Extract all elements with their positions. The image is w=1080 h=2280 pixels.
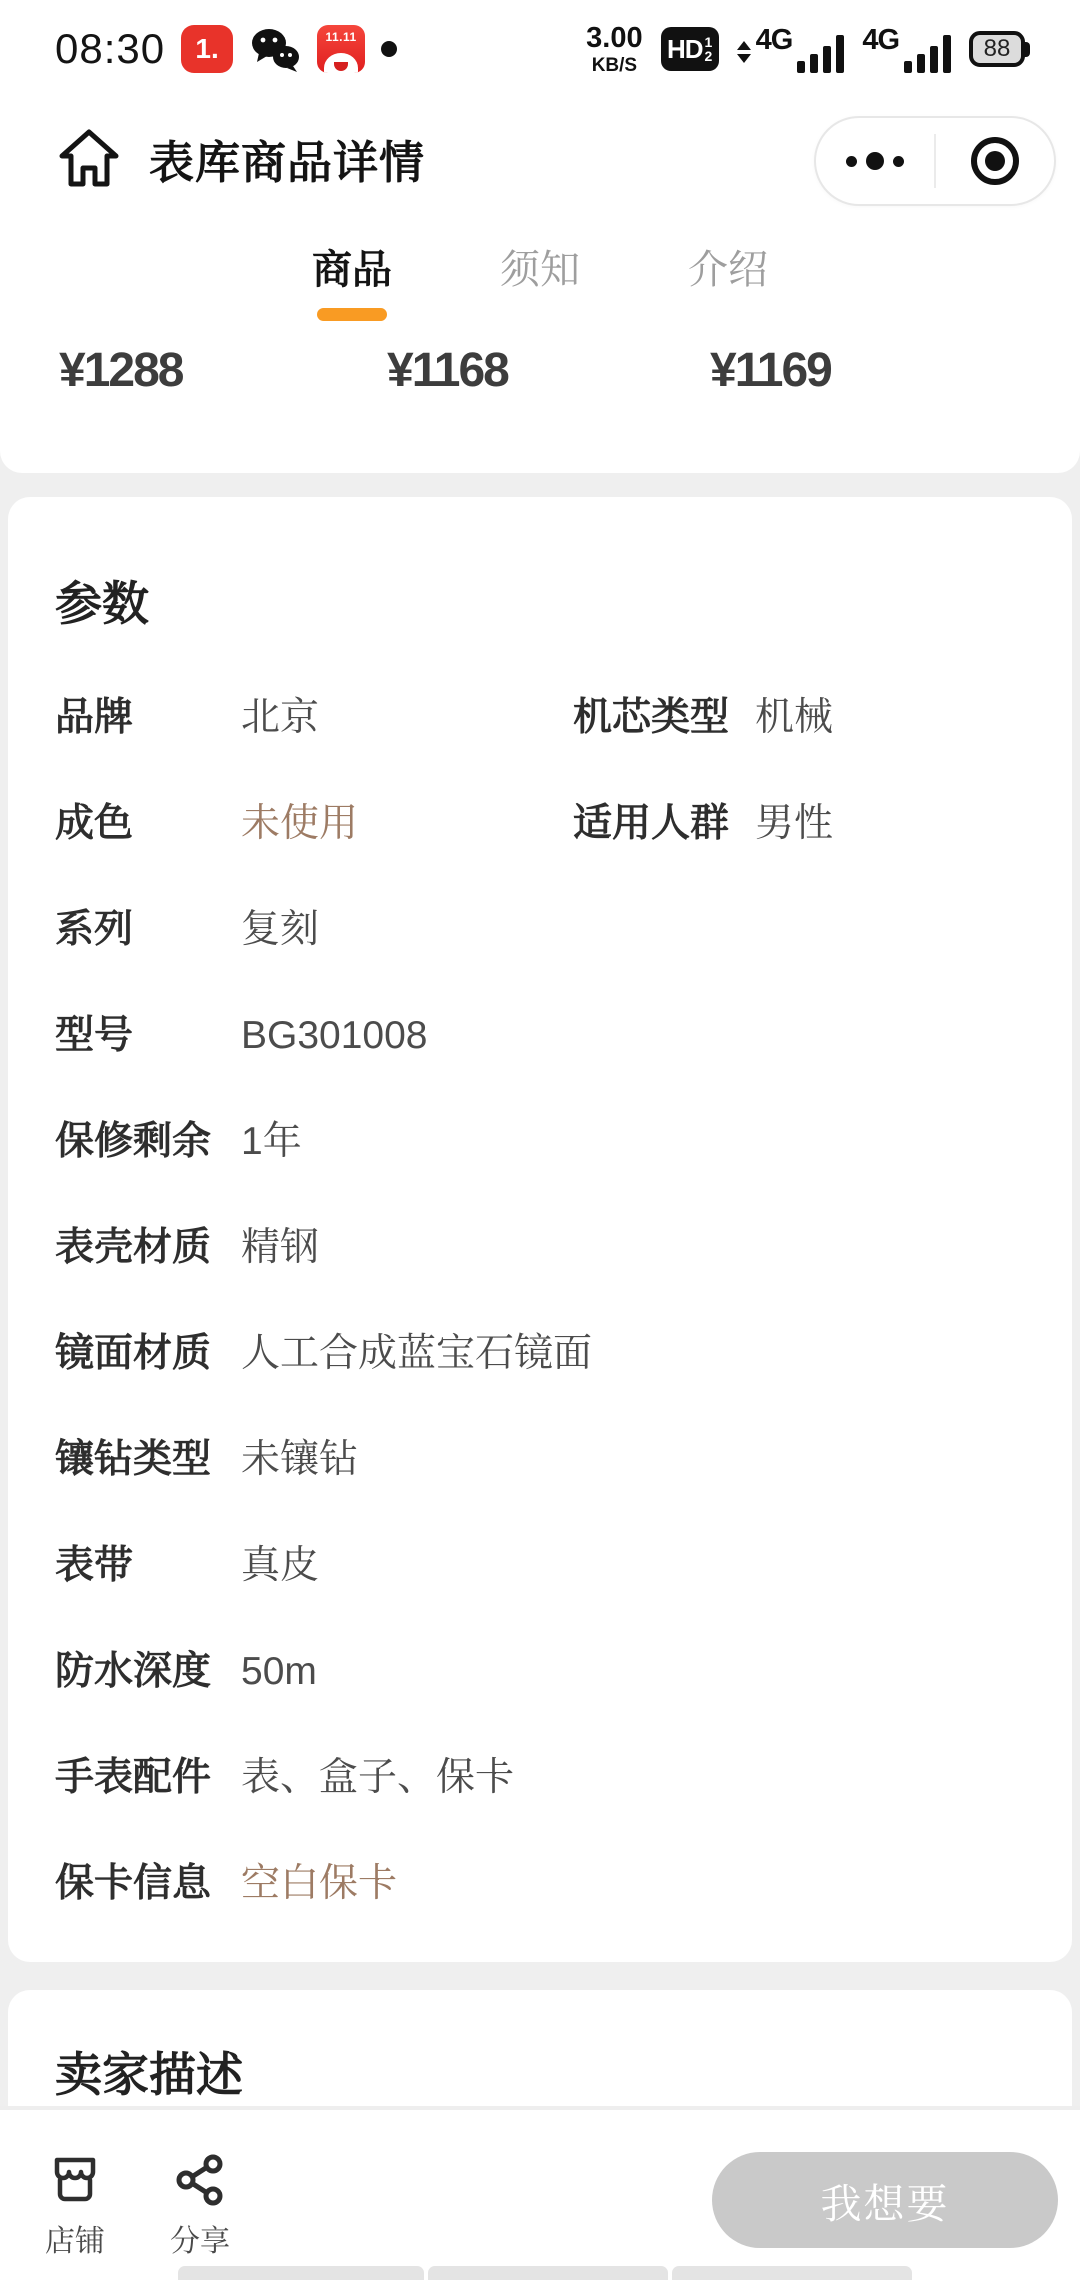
more-button[interactable] [816,118,934,204]
param-row-case-material: 表壳材质 精钢 [55,1228,1072,1268]
share-button-label: 分享 [170,2216,230,2260]
param-label: 适用人群 [573,804,755,844]
seller-description-title: 卖家描述 [55,2038,1072,2105]
param-row-strap: 表带 真皮 [55,1546,1072,1586]
param-row-diamond-type: 镶钻类型 未镶钻 [55,1440,1072,1480]
param-value-condition: 未使用 [241,804,573,844]
product-card-price[interactable]: ¥1288 [59,343,182,398]
product-card-price[interactable]: ¥1169 [710,343,831,398]
param-row-crystal-material: 镜面材质 人工合成蓝宝石镜面 [55,1334,1072,1374]
battery-icon: 88 [969,31,1025,67]
param-value: 北京 [241,698,573,738]
param-row-water-resistance: 防水深度 50m [55,1652,1072,1692]
param-label: 系列 [55,910,241,950]
param-row-warranty: 保修剩余 1年 [55,1122,1072,1162]
sim2-signal-icon: 4G [862,26,951,73]
storefront-icon [47,2152,103,2208]
product-card-price[interactable]: ¥1168 [387,343,508,398]
param-value: 男性 [755,804,1072,844]
param-value: 未镶钻 [241,1440,1072,1480]
param-value: 精钢 [241,1228,1072,1268]
content-placeholder [178,2266,424,2280]
param-row-series: 系列 复刻 [55,910,1072,950]
wechat-notification-icon [249,26,301,72]
share-icon [172,2152,228,2208]
param-label: 镶钻类型 [55,1440,241,1480]
param-label: 镜面材质 [55,1334,241,1374]
param-value: 1年 [241,1122,1072,1162]
hd-voice-icon: HD 1 2 [661,27,719,71]
page-title: 表库商品详情 [149,126,425,191]
content-placeholder [428,2266,668,2280]
param-value: 表、盒子、保卡 [241,1758,1072,1798]
parameters-list: 品牌 北京 机芯类型 机械 成色 未使用 适用人群 男性 系列 复刻 型号 BG… [55,698,1072,1904]
status-bar-left: 08:30 1. 11.11 [55,25,397,73]
param-row-condition: 成色 未使用 适用人群 男性 [55,804,1072,844]
param-label: 表壳材质 [55,1228,241,1268]
status-bar: 08:30 1. 11.11 [0,0,1080,92]
content-placeholder [672,2266,912,2280]
param-value: 真皮 [241,1546,1072,1586]
param-value: 50m [241,1652,1072,1692]
home-button[interactable] [55,125,123,193]
parameters-title: 参数 [55,567,1072,634]
navbar: 表库商品详情 [0,92,1080,225]
sim1-signal-icon: 4G [737,26,845,73]
more-dots-icon [846,152,904,170]
active-tab-underline [317,308,387,321]
param-label: 防水深度 [55,1652,241,1692]
watch-product-detail-page: 08:30 1. 11.11 [0,0,1080,2280]
home-icon [56,126,122,192]
param-label: 品牌 [55,698,241,738]
notification-badge-icon: 1. [181,25,233,73]
param-value: 人工合成蓝宝石镜面 [241,1334,1072,1374]
param-value: 复刻 [241,910,1072,950]
network-speed: 3.00 KB/S [586,24,642,75]
jd-1111-notification-icon: 11.11 [317,25,365,73]
tab-product[interactable]: 商品 [312,238,392,321]
param-value: BG301008 [241,1016,1072,1056]
param-row-warranty-card: 保卡信息 空白保卡 [55,1864,1072,1904]
exit-button[interactable] [936,118,1054,204]
bottom-action-bar: 店铺 分享 我想要 [0,2106,1080,2280]
param-row-model: 型号 BG301008 [55,1016,1072,1056]
param-row-accessories: 手表配件 表、盒子、保卡 [55,1758,1072,1798]
param-row-brand: 品牌 北京 机芯类型 机械 [55,698,1072,738]
i-want-it-button[interactable]: 我想要 [712,2152,1058,2248]
param-label: 手表配件 [55,1758,241,1798]
data-arrows-icon [737,41,751,63]
tab-intro[interactable]: 介绍 [688,238,768,321]
tab-bar: 商品 须知 介绍 [0,238,1080,321]
param-label: 型号 [55,1016,241,1056]
parameters-card: 参数 品牌 北京 机芯类型 机械 成色 未使用 适用人群 男性 系列 复刻 型号… [8,497,1072,1962]
exit-circle-icon [971,137,1019,185]
param-value: 机械 [755,698,1072,738]
param-value-warranty-card-link[interactable]: 空白保卡 [241,1864,1072,1904]
miniprogram-capsule [814,116,1056,206]
top-card: 08:30 1. 11.11 [0,0,1080,473]
param-label: 表带 [55,1546,241,1586]
param-label: 保卡信息 [55,1864,241,1904]
shop-button[interactable]: 店铺 [20,2152,130,2260]
status-bar-right: 3.00 KB/S HD 1 2 4G [586,24,1025,75]
shop-button-label: 店铺 [45,2216,105,2260]
param-label: 成色 [55,804,241,844]
share-button[interactable]: 分享 [145,2152,255,2260]
tab-notice[interactable]: 须知 [500,238,580,321]
param-label: 机芯类型 [573,698,755,738]
param-label: 保修剩余 [55,1122,241,1162]
clock: 08:30 [55,25,165,73]
notification-dot-icon [381,41,397,57]
